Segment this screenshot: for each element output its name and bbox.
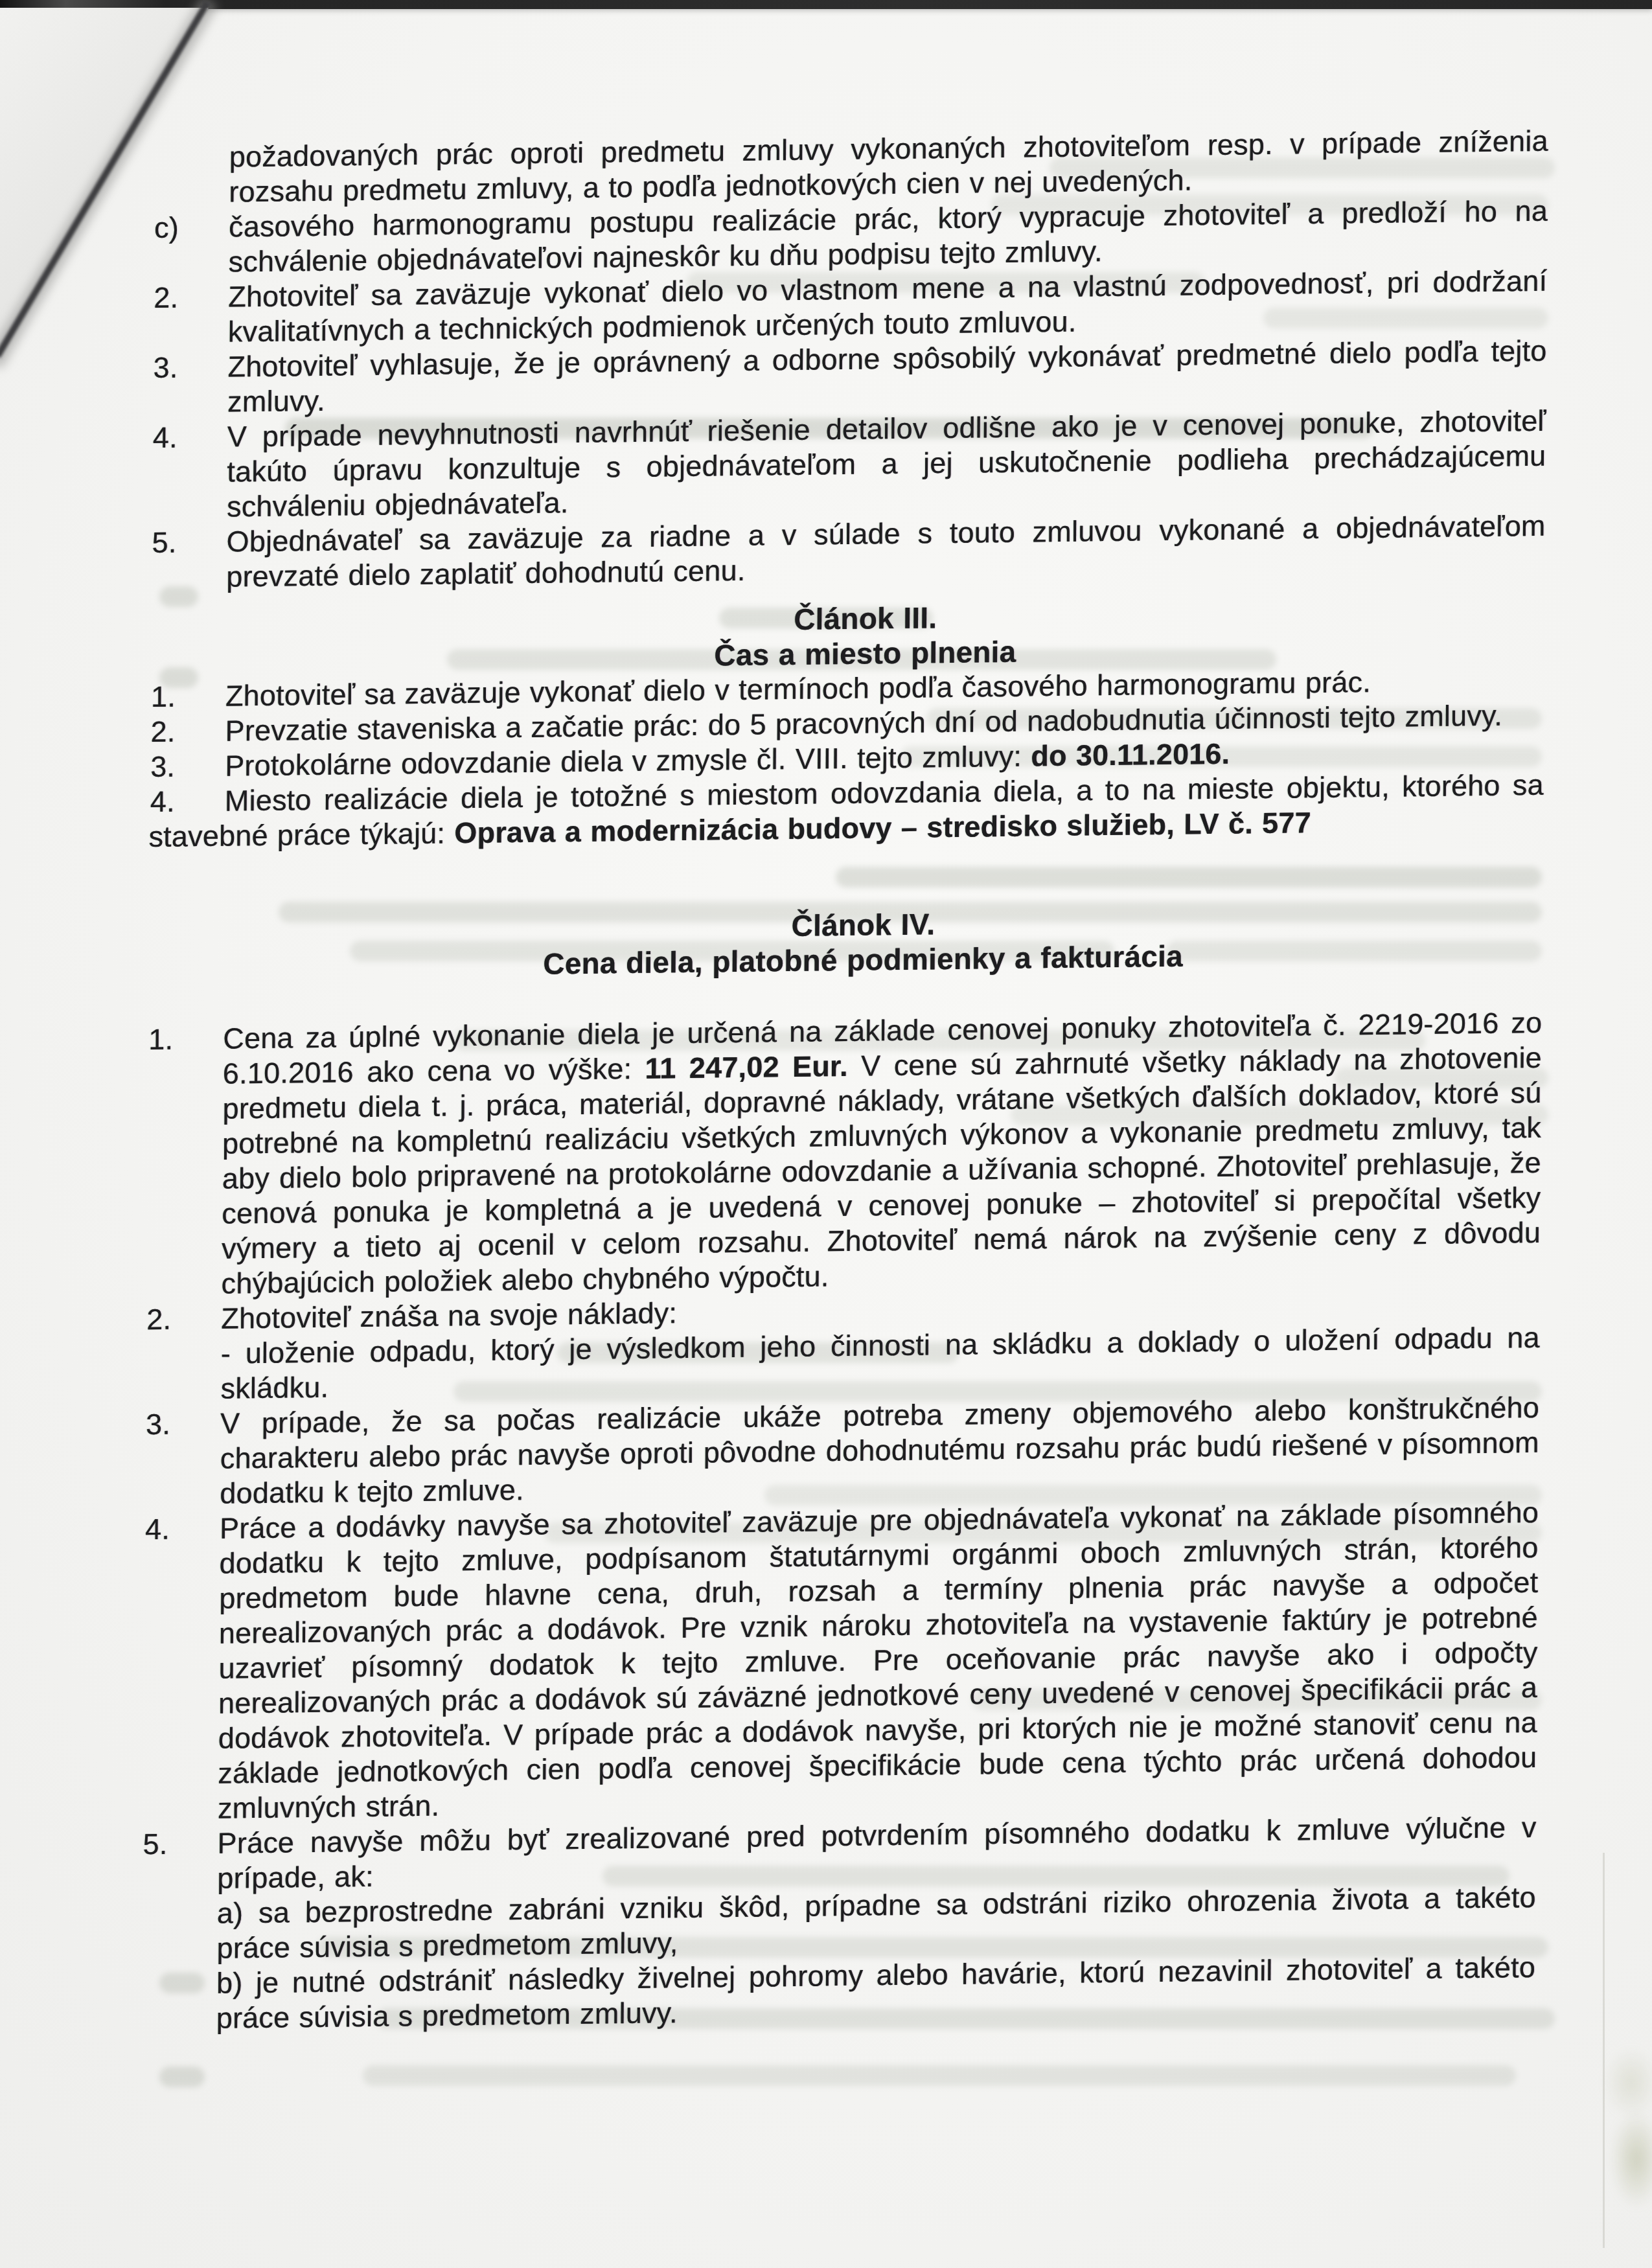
list-item-text: Zhotoviteľ znáša na svoje náklady: bbox=[221, 1296, 677, 1335]
list-marker: 1. bbox=[148, 1022, 173, 1057]
article-4-item-3: 3.V prípade, že sa počas realizácie ukáž… bbox=[144, 1390, 1539, 1512]
scanned-contract-page: požadovaných prác oproti predmetu zmluvy… bbox=[0, 0, 1652, 2268]
list-item-text: Práce a dodávky navyše sa zhotoviteľ zav… bbox=[218, 1496, 1539, 1825]
bleedthrough-artifact bbox=[159, 2067, 205, 2087]
article-4-item-2: 2.Zhotoviteľ znáša na svoje náklady: - u… bbox=[144, 1285, 1540, 1407]
list-marker: 2. bbox=[154, 281, 178, 315]
document-content: požadovaných prác oproti predmetu zmluvy… bbox=[141, 124, 1548, 2037]
list-marker: 3. bbox=[146, 1407, 170, 1442]
list-marker: 5. bbox=[143, 1827, 167, 1862]
list-marker: c) bbox=[154, 211, 179, 246]
list-marker: 3. bbox=[153, 350, 178, 385]
list-marker: 4. bbox=[153, 420, 178, 455]
article-4-item-5: 5.Práce navyše môžu byť zrealizované pre… bbox=[141, 1810, 1537, 2037]
article-4-item-4: 4.Práce a dodávky navyše sa zhotoviteľ z… bbox=[142, 1495, 1539, 1827]
scan-smudge bbox=[1611, 2111, 1652, 2208]
deadline-date: do 30.11.2016. bbox=[1031, 737, 1230, 773]
scan-paper-edge-line bbox=[1603, 1853, 1605, 2248]
list-marker: 1. bbox=[151, 680, 176, 715]
list-item-text: Objednávateľ sa zaväzuje za riadne a v s… bbox=[226, 509, 1546, 593]
list-marker: 4. bbox=[150, 785, 175, 819]
scan-smudge bbox=[1604, 2047, 1652, 2118]
list-marker: 5. bbox=[152, 525, 176, 560]
bleedthrough-artifact bbox=[363, 2065, 1516, 2086]
list-marker: 3. bbox=[150, 750, 175, 785]
list-item-4: 4.V prípade nevyhnutnosti navrhnúť rieše… bbox=[151, 404, 1546, 525]
list-marker: 4. bbox=[145, 1512, 170, 1547]
list-marker: 2. bbox=[146, 1302, 171, 1337]
article-4-item-1: 1.Cena za úplné vykonanie diela je určen… bbox=[145, 1005, 1542, 1302]
list-marker: 2. bbox=[150, 715, 175, 750]
list-item-text: V prípade nevyhnutnosti navrhnúť riešeni… bbox=[227, 404, 1546, 523]
list-item-text: V prípade, že sa počas realizácie ukáže … bbox=[220, 1391, 1539, 1510]
contract-price: 11 247,02 Eur. bbox=[645, 1049, 848, 1085]
